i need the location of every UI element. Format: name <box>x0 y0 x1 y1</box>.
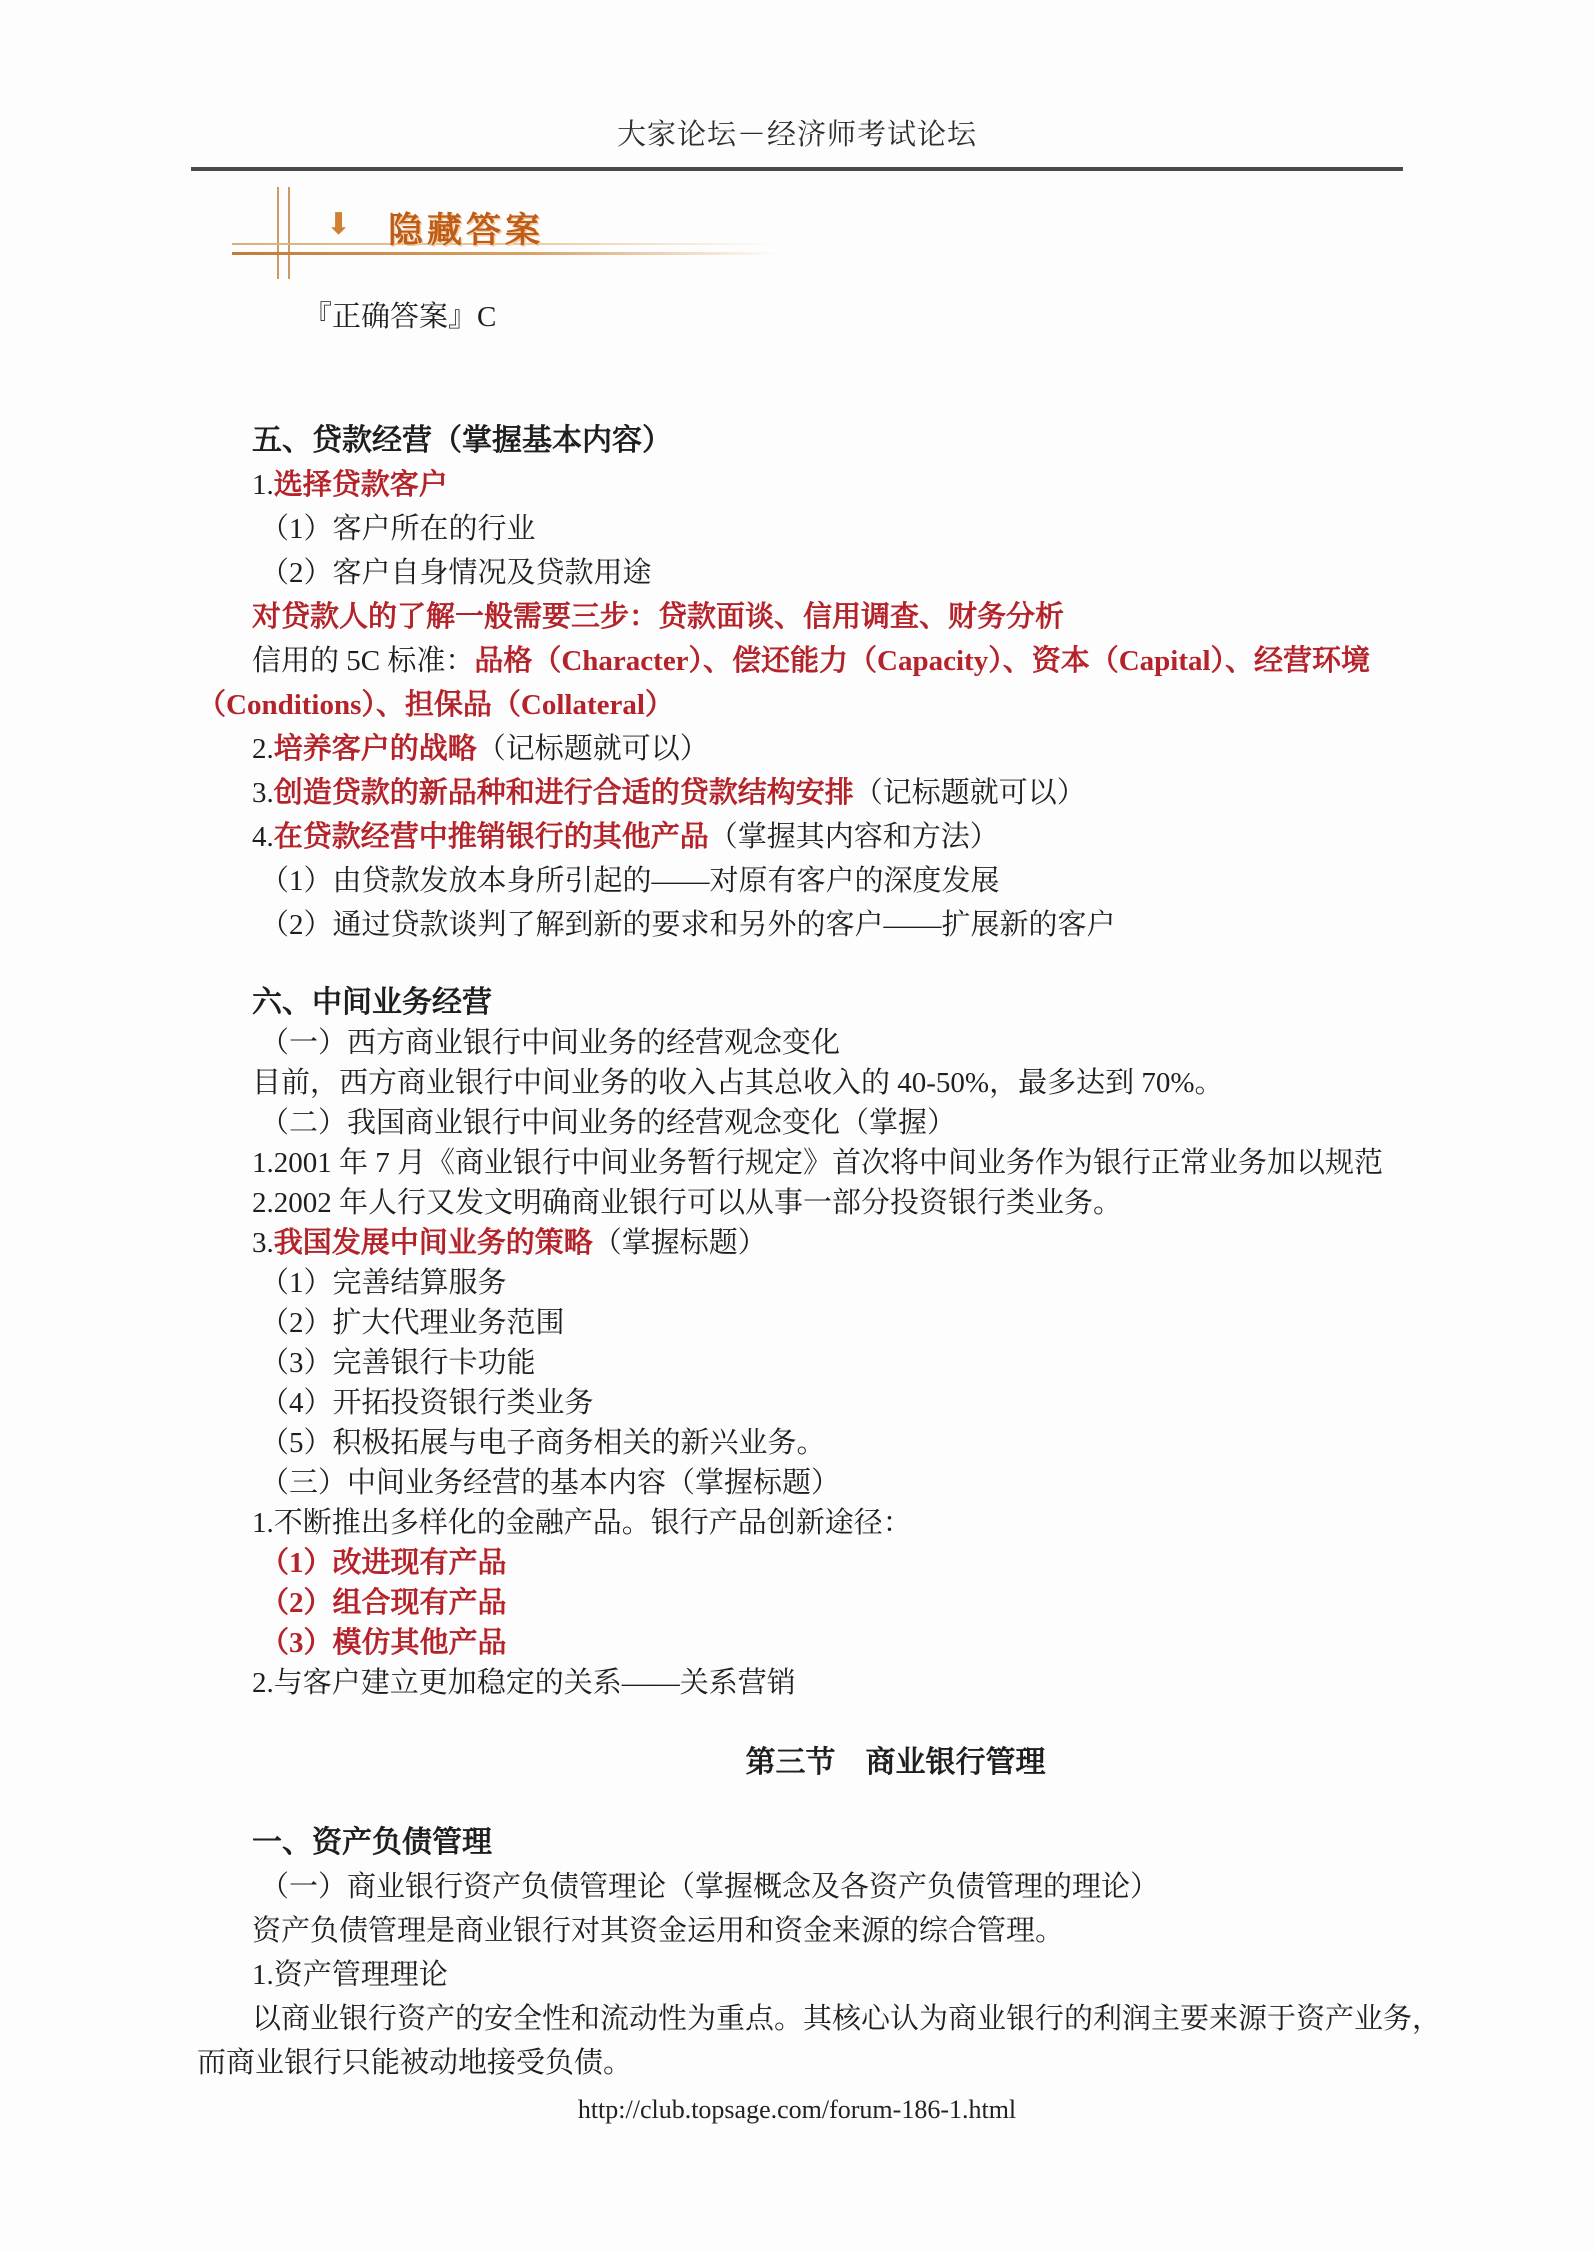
text-segment: （2）扩大代理业务范围 <box>260 1307 565 1339</box>
text-line: 3.创造贷款的新品种和进行合适的贷款结构安排（记标题就可以） <box>197 771 1594 815</box>
text-segment: （掌握标题） <box>593 1227 767 1259</box>
text-segment: 1.不断推出多样化的金融产品。银行产品创新途径： <box>252 1507 912 1539</box>
text-line: 五、贷款经营（掌握基本内容） <box>197 419 1594 463</box>
text-line: （3）完善银行卡功能 <box>197 1343 1594 1383</box>
text-line: 1.2001 年 7 月《商业银行中间业务暂行规定》首次将中间业务作为银行正常业… <box>197 1143 1594 1183</box>
text-segment: 2. <box>252 733 274 765</box>
text-segment: （Conditions）、担保品（Collateral） <box>197 689 674 721</box>
text-line: （二）我国商业银行中间业务的经营观念变化（掌握） <box>197 1103 1594 1143</box>
text-segment: 2.与客户建立更加稳定的关系——关系营销 <box>252 1667 796 1699</box>
text-segment: 3. <box>252 1227 274 1259</box>
text-segment: 我国发展中间业务的策略 <box>274 1227 593 1259</box>
text-segment: （2）客户自身情况及贷款用途 <box>260 557 652 589</box>
text-line: 而商业银行只能被动地接受负债。 <box>197 2041 1594 2085</box>
section-intermediate-business: 六、中间业务经营（一）西方商业银行中间业务的经营观念变化目前，西方商业银行中间业… <box>197 983 1594 1703</box>
text-line: （Conditions）、担保品（Collateral） <box>197 683 1594 727</box>
text-segment: 4. <box>252 821 274 853</box>
text-segment: 2.2002 年人行又发文明确商业银行可以从事一部分投资银行类业务。 <box>252 1187 1122 1219</box>
chapter-heading: 第三节 商业银行管理 <box>197 1741 1594 1785</box>
text-segment: 信用的 5C 标准： <box>252 645 474 677</box>
text-segment: （3）模仿其他产品 <box>260 1627 507 1659</box>
document-body: 五、贷款经营（掌握基本内容）1.选择贷款客户（1）客户所在的行业（2）客户自身情… <box>0 419 1594 2085</box>
text-line: 3.我国发展中间业务的策略（掌握标题） <box>197 1223 1594 1263</box>
text-segment: （一）西方商业银行中间业务的经营观念变化 <box>260 1027 840 1059</box>
page-footer-url: http://club.topsage.com/forum-186-1.html <box>0 2095 1594 2125</box>
section-loan-management: 五、贷款经营（掌握基本内容）1.选择贷款客户（1）客户所在的行业（2）客户自身情… <box>197 419 1594 947</box>
text-segment: 培养客户的战略 <box>274 733 477 765</box>
text-line: 1.选择贷款客户 <box>197 463 1594 507</box>
text-line: （1）改进现有产品 <box>197 1543 1594 1583</box>
text-line: （2）通过贷款谈判了解到新的要求和另外的客户——扩展新的客户 <box>197 903 1594 947</box>
text-line: （1）由贷款发放本身所引起的——对原有客户的深度发展 <box>197 859 1594 903</box>
text-segment: 品格（Character）、偿还能力（Capacity）、资本（Capital）… <box>474 645 1370 677</box>
text-segment: 目前，西方商业银行中间业务的收入占其总收入的 40-50%，最多达到 70%。 <box>252 1067 1223 1099</box>
text-line: （3）模仿其他产品 <box>197 1623 1594 1663</box>
text-segment: （掌握其内容和方法） <box>709 821 999 853</box>
down-arrow-icon: ⬇ <box>326 207 351 242</box>
text-segment: 六、中间业务经营 <box>252 986 492 1019</box>
text-line: （2）组合现有产品 <box>197 1583 1594 1623</box>
text-line: 第三节 商业银行管理 <box>197 1741 1594 1785</box>
text-line: （5）积极拓展与电子商务相关的新兴业务。 <box>197 1423 1594 1463</box>
text-segment: 1. <box>252 469 274 501</box>
text-segment: （2）通过贷款谈判了解到新的要求和另外的客户——扩展新的客户 <box>260 909 1116 941</box>
page-header-title: 大家论坛－经济师考试论坛 <box>0 0 1594 153</box>
text-segment: 3. <box>252 777 274 809</box>
text-segment: 第三节 商业银行管理 <box>746 1746 1046 1779</box>
text-segment: 创造贷款的新品种和进行合适的贷款结构安排 <box>274 777 854 809</box>
banner-vertical-line <box>277 187 279 279</box>
text-line: 4.在贷款经营中推销银行的其他产品（掌握其内容和方法） <box>197 815 1594 859</box>
text-line: 2.与客户建立更加稳定的关系——关系营销 <box>197 1663 1594 1703</box>
text-segment: （一）商业银行资产负债管理论（掌握概念及各资产负债管理的理论） <box>260 1871 1159 1903</box>
text-line: （2）客户自身情况及贷款用途 <box>197 551 1594 595</box>
header-rule <box>191 167 1403 171</box>
text-segment: 1.资产管理理论 <box>252 1959 448 1991</box>
hidden-answer-banner[interactable]: ⬇ 隐藏答案 <box>0 187 1594 287</box>
text-line: 信用的 5C 标准：品格（Character）、偿还能力（Capacity）、资… <box>197 639 1594 683</box>
text-segment: （4）开拓投资银行类业务 <box>260 1387 594 1419</box>
banner-vertical-line <box>288 187 290 279</box>
text-segment: 而商业银行只能被动地接受负债。 <box>197 2047 632 2079</box>
text-segment: （三）中间业务经营的基本内容（掌握标题） <box>260 1467 840 1499</box>
text-segment: 五、贷款经营（掌握基本内容） <box>252 424 672 457</box>
text-line: 1.不断推出多样化的金融产品。银行产品创新途径： <box>197 1503 1594 1543</box>
text-segment: （记标题就可以） <box>477 733 709 765</box>
text-line: 以商业银行资产的安全性和流动性为重点。其核心认为商业银行的利润主要来源于资产业务… <box>197 1997 1594 2041</box>
text-segment: （3）完善银行卡功能 <box>260 1347 536 1379</box>
text-segment: 对贷款人的了解一般需要三步：贷款面谈、信用调查、财务分析 <box>252 601 1064 633</box>
text-line: 资产负债管理是商业银行对其资金运用和资金来源的综合管理。 <box>197 1909 1594 1953</box>
section-asset-liability: 一、资产负债管理（一）商业银行资产负债管理论（掌握概念及各资产负债管理的理论）资… <box>197 1821 1594 2085</box>
text-line: （一）商业银行资产负债管理论（掌握概念及各资产负债管理的理论） <box>197 1865 1594 1909</box>
text-segment: （5）积极拓展与电子商务相关的新兴业务。 <box>260 1427 826 1459</box>
text-line: 对贷款人的了解一般需要三步：贷款面谈、信用调查、财务分析 <box>197 595 1594 639</box>
text-line: 2.2002 年人行又发文明确商业银行可以从事一部分投资银行类业务。 <box>197 1183 1594 1223</box>
text-segment: 在贷款经营中推销银行的其他产品 <box>274 821 709 853</box>
text-line: 2.培养客户的战略（记标题就可以） <box>197 727 1594 771</box>
text-segment: （1）客户所在的行业 <box>260 513 536 545</box>
document-page: { "page": { "header_title": "大家论坛－经济师考试论… <box>0 0 1594 2252</box>
text-line: （三）中间业务经营的基本内容（掌握标题） <box>197 1463 1594 1503</box>
text-line: 六、中间业务经营 <box>197 983 1594 1023</box>
text-segment: （2）组合现有产品 <box>260 1587 507 1619</box>
text-segment: 1.2001 年 7 月《商业银行中间业务暂行规定》首次将中间业务作为银行正常业… <box>252 1147 1383 1179</box>
text-line: 目前，西方商业银行中间业务的收入占其总收入的 40-50%，最多达到 70%。 <box>197 1063 1594 1103</box>
text-line: （一）西方商业银行中间业务的经营观念变化 <box>197 1023 1594 1063</box>
text-segment: 一、资产负债管理 <box>252 1826 492 1859</box>
text-line: 一、资产负债管理 <box>197 1821 1594 1865</box>
text-segment: （1）由贷款发放本身所引起的——对原有客户的深度发展 <box>260 865 1000 897</box>
text-segment: （记标题就可以） <box>854 777 1086 809</box>
text-segment: 资产负债管理是商业银行对其资金运用和资金来源的综合管理。 <box>252 1915 1064 1947</box>
text-line: （1）完善结算服务 <box>197 1263 1594 1303</box>
text-segment: 选择贷款客户 <box>274 469 448 501</box>
text-segment: （1）完善结算服务 <box>260 1267 507 1299</box>
hidden-answer-label[interactable]: 隐藏答案 <box>388 203 544 253</box>
text-line: （2）扩大代理业务范围 <box>197 1303 1594 1343</box>
text-segment: （二）我国商业银行中间业务的经营观念变化（掌握） <box>260 1107 956 1139</box>
text-segment: 以商业银行资产的安全性和流动性为重点。其核心认为商业银行的利润主要来源于资产业务… <box>252 2003 1441 2035</box>
text-line: （4）开拓投资银行类业务 <box>197 1383 1594 1423</box>
correct-answer-line: 『正确答案』C <box>0 299 1594 335</box>
text-line: 1.资产管理理论 <box>197 1953 1594 1997</box>
text-segment: （1）改进现有产品 <box>260 1547 507 1579</box>
text-line: （1）客户所在的行业 <box>197 507 1594 551</box>
